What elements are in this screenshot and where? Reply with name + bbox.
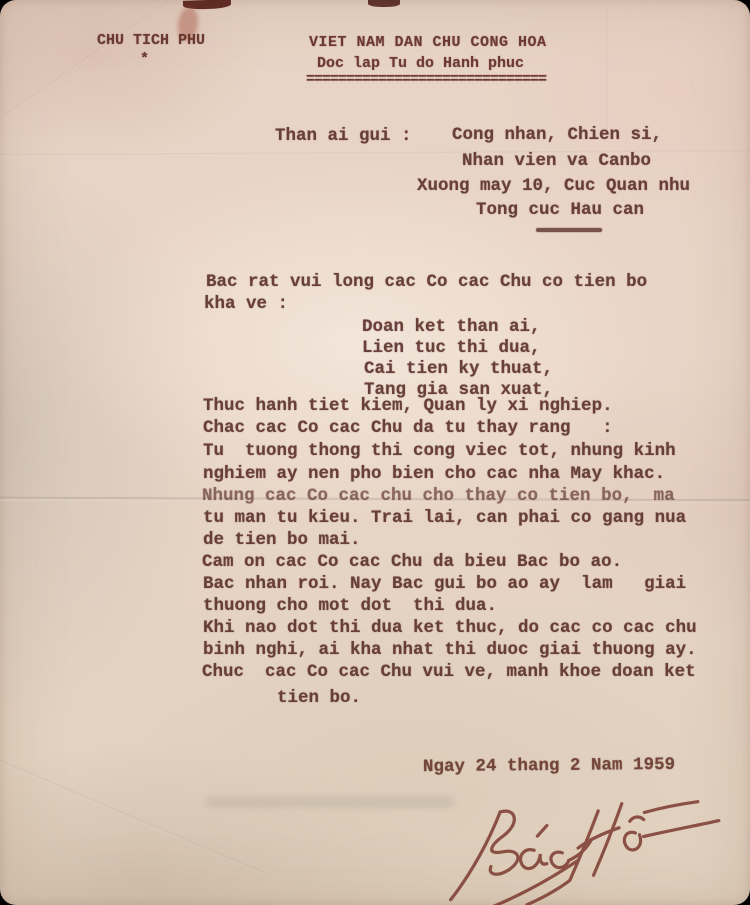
body-line: binh nghi, ai kha nhat thi duoc giai thu… bbox=[203, 640, 697, 661]
body-line: Khi nao dot thi dua ket thuc, do cac co … bbox=[203, 618, 697, 639]
slogan-line: Lien tuc thi dua, bbox=[362, 338, 541, 359]
body-line: nghiem ay nen pho bien cho cac nha May k… bbox=[203, 464, 665, 485]
bottom-left-crease bbox=[0, 757, 269, 877]
letterhead-star: * bbox=[140, 50, 149, 69]
body-line: tien bo. bbox=[277, 688, 361, 709]
top-edge-ink-stain-2 bbox=[368, 0, 400, 7]
top-edge-ink-stain bbox=[183, 0, 231, 10]
body-line: Nhung cac Co cac chu cho thay co tien bo… bbox=[202, 486, 675, 507]
slogan-line: Cai tien ky thuat, bbox=[364, 359, 553, 380]
letter-paper: CHU TICH PHU * VIET NAM DAN CHU CONG HOA… bbox=[0, 0, 750, 905]
body-line: Cam on cac Co cac Chu da bieu Bac bo ao. bbox=[202, 552, 622, 573]
recipient-line: Tong cuc Hau can bbox=[476, 200, 644, 221]
recipient-line: Nhan vien va Canbo bbox=[462, 151, 651, 172]
body-line: Thuc hanh tiet kiem, Quan ly xi nghiep. bbox=[203, 396, 613, 417]
vertical-crease bbox=[606, 8, 609, 133]
letterhead-rule: ============================== bbox=[306, 70, 546, 89]
salutation-label: Than ai gui : bbox=[275, 126, 412, 147]
body-line: de tien bo mai. bbox=[203, 530, 361, 551]
body-line: thuong cho mot dot thi dua. bbox=[203, 596, 497, 617]
letterhead-national-title: VIET NAM DAN CHU CONG HOA bbox=[309, 33, 547, 52]
signature-bac-ho: Bác Hồ bbox=[425, 782, 731, 905]
body-line: kha ve : bbox=[204, 294, 288, 315]
signature-autograph-icon bbox=[425, 782, 731, 905]
body-line: Chuc cac Co cac Chu vui ve, manh khoe do… bbox=[202, 662, 696, 683]
body-line: Tu tuong thong thi cong viec tot, nhung … bbox=[203, 441, 676, 462]
body-line: Bac rat vui long cac Co cac Chu co tien … bbox=[206, 272, 647, 293]
recipient-line: Cong nhan, Chien si, bbox=[452, 125, 662, 146]
slogan-line: Doan ket than ai, bbox=[362, 317, 541, 338]
body-line: Bac nhan roi. Nay Bac gui bo ao ay lam g… bbox=[203, 574, 686, 595]
document-photo: CHU TICH PHU * VIET NAM DAN CHU CONG HOA… bbox=[0, 0, 750, 905]
date-line: Ngay 24 thang 2 Nam 1959 bbox=[423, 755, 675, 778]
ink-bleed-through bbox=[205, 796, 455, 808]
salutation-separator-dash bbox=[536, 228, 602, 232]
letterhead-office: CHU TICH PHU bbox=[97, 31, 205, 50]
recipient-line: Xuong may 10, Cuc Quan nhu bbox=[417, 176, 690, 197]
body-line: Chac cac Co cac Chu da tu thay rang : bbox=[203, 418, 613, 439]
body-line: tu man tu kieu. Trai lai, can phai co ga… bbox=[203, 508, 686, 529]
